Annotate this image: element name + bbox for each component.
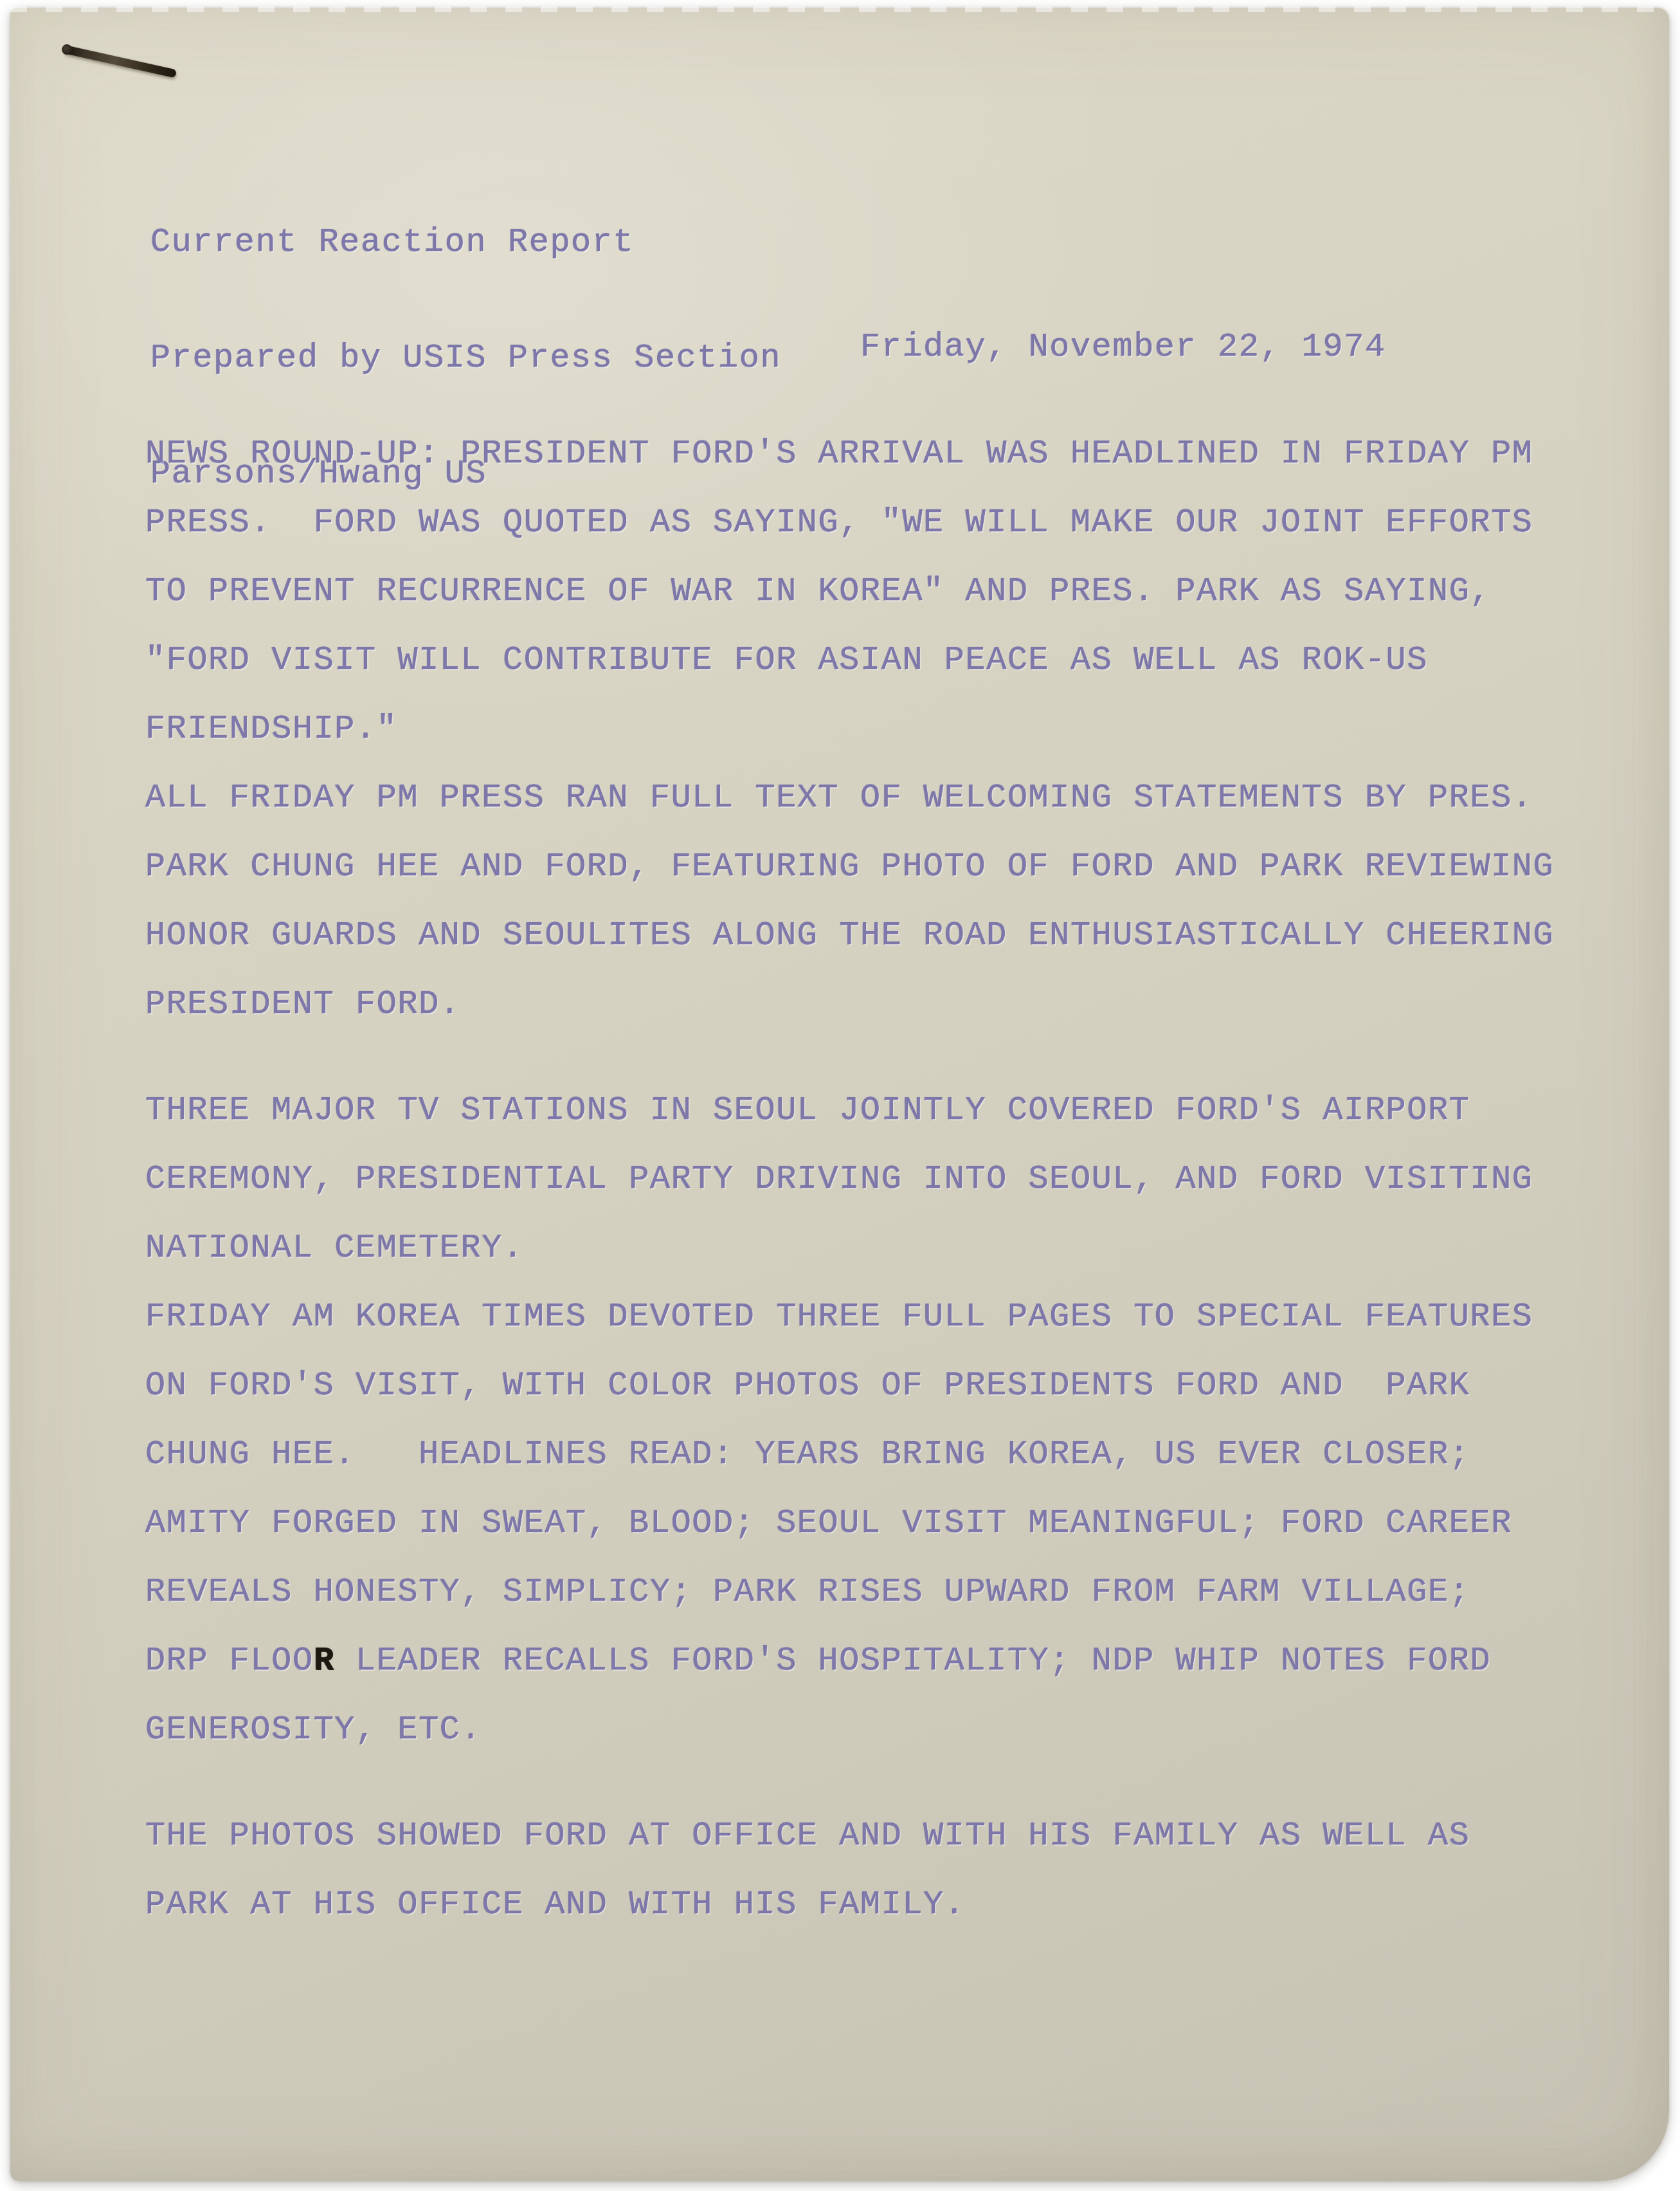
body-block: THE PHOTOS SHOWED FORD AT OFFICE AND WIT…: [145, 1801, 1611, 1939]
body-line: PRESIDENT FORD.: [145, 970, 1611, 1039]
body-line: ALL FRIDAY PM PRESS RAN FULL TEXT OF WEL…: [145, 763, 1611, 832]
body-text-segment: FRIENDSHIP.": [145, 710, 397, 748]
body-line: REVEALS HONESTY, SIMPLICY; PARK RISES UP…: [145, 1558, 1611, 1626]
body-text-segment: HONOR GUARDS AND SEOULITES ALONG THE ROA…: [145, 916, 1554, 954]
body-line: CEREMONY, PRESIDENTIAL PARTY DRIVING INT…: [145, 1145, 1611, 1214]
staple-icon: [64, 45, 177, 78]
date-line: Friday, November 22, 1974: [860, 327, 1386, 368]
body-text-segment: CEREMONY, PRESIDENTIAL PARTY DRIVING INT…: [145, 1160, 1533, 1198]
body-line: DRP FLOOR LEADER RECALLS FORD'S HOSPITAL…: [145, 1626, 1611, 1695]
document-page: Current Reaction Report Prepared by USIS…: [10, 8, 1669, 2181]
body-text-segment: PARK AT HIS OFFICE AND WITH HIS FAMILY.: [145, 1886, 966, 1923]
body-text-segment: THREE MAJOR TV STATIONS IN SEOUL JOINTLY…: [145, 1091, 1470, 1129]
header-line-title: Current Reaction Report: [150, 223, 781, 262]
body-line: FRIDAY AM KOREA TIMES DEVOTED THREE FULL…: [145, 1282, 1611, 1351]
body-text-segment: PARK CHUNG HEE AND FORD, FEATURING PHOTO…: [145, 848, 1554, 886]
body-text-segment: TO PREVENT RECURRENCE OF WAR IN KOREA" A…: [145, 572, 1491, 610]
body-text-segment: AMITY FORGED IN SWEAT, BLOOD; SEOUL VISI…: [145, 1504, 1512, 1542]
body-line: "FORD VISIT WILL CONTRIBUTE FOR ASIAN PE…: [145, 626, 1611, 695]
body-line: TO PREVENT RECURRENCE OF WAR IN KOREA" A…: [145, 557, 1611, 626]
body-text-segment: GENEROSITY, ETC.: [145, 1711, 482, 1749]
body-line: ON FORD'S VISIT, WITH COLOR PHOTOS OF PR…: [145, 1351, 1611, 1420]
scan-backdrop: Current Reaction Report Prepared by USIS…: [0, 0, 1680, 2191]
body-line: NATIONAL CEMETERY.: [145, 1214, 1611, 1282]
body-line: GENEROSITY, ETC.: [145, 1695, 1611, 1764]
document-body: NEWS ROUND-UP: PRESIDENT FORD'S ARRIVAL …: [145, 419, 1611, 1976]
body-text-segment: NATIONAL CEMETERY.: [145, 1229, 524, 1267]
body-text-segment: CHUNG HEE. HEADLINES READ: YEARS BRING K…: [145, 1435, 1470, 1473]
body-line: NEWS ROUND-UP: PRESIDENT FORD'S ARRIVAL …: [145, 419, 1611, 488]
body-line: PARK AT HIS OFFICE AND WITH HIS FAMILY.: [145, 1870, 1611, 1939]
body-text-segment: PRESS. FORD WAS QUOTED AS SAYING, "WE WI…: [145, 504, 1533, 541]
body-line: FRIENDSHIP.": [145, 695, 1611, 763]
body-text-segment: PRESIDENT FORD.: [145, 985, 461, 1023]
body-text-segment: DRP FLOO: [145, 1642, 314, 1680]
body-block: NEWS ROUND-UP: PRESIDENT FORD'S ARRIVAL …: [145, 419, 1611, 1039]
body-text-segment: ALL FRIDAY PM PRESS RAN FULL TEXT OF WEL…: [145, 779, 1533, 817]
body-text-segment: "FORD VISIT WILL CONTRIBUTE FOR ASIAN PE…: [145, 641, 1428, 679]
body-text-segment: FRIDAY AM KOREA TIMES DEVOTED THREE FULL…: [145, 1298, 1533, 1336]
header-line-prepared-by: Prepared by USIS Press Section: [150, 338, 781, 378]
body-line: PRESS. FORD WAS QUOTED AS SAYING, "WE WI…: [145, 488, 1611, 557]
body-text-segment: NEWS ROUND-UP: PRESIDENT FORD'S ARRIVAL …: [145, 435, 1533, 473]
body-line: AMITY FORGED IN SWEAT, BLOOD; SEOUL VISI…: [145, 1489, 1611, 1558]
body-line: THREE MAJOR TV STATIONS IN SEOUL JOINTLY…: [145, 1076, 1611, 1145]
overstruck-character: R: [314, 1642, 335, 1680]
body-text-segment: ON FORD'S VISIT, WITH COLOR PHOTOS OF PR…: [145, 1367, 1470, 1405]
body-line: THE PHOTOS SHOWED FORD AT OFFICE AND WIT…: [145, 1801, 1611, 1870]
body-line: PARK CHUNG HEE AND FORD, FEATURING PHOTO…: [145, 832, 1611, 901]
body-text-segment: THE PHOTOS SHOWED FORD AT OFFICE AND WIT…: [145, 1817, 1470, 1855]
body-text-segment: REVEALS HONESTY, SIMPLICY; PARK RISES UP…: [145, 1573, 1470, 1611]
body-text-segment: LEADER RECALLS FORD'S HOSPITALITY; NDP W…: [334, 1642, 1491, 1680]
body-line: CHUNG HEE. HEADLINES READ: YEARS BRING K…: [145, 1420, 1611, 1489]
body-line: HONOR GUARDS AND SEOULITES ALONG THE ROA…: [145, 901, 1611, 970]
body-block: THREE MAJOR TV STATIONS IN SEOUL JOINTLY…: [145, 1076, 1611, 1764]
